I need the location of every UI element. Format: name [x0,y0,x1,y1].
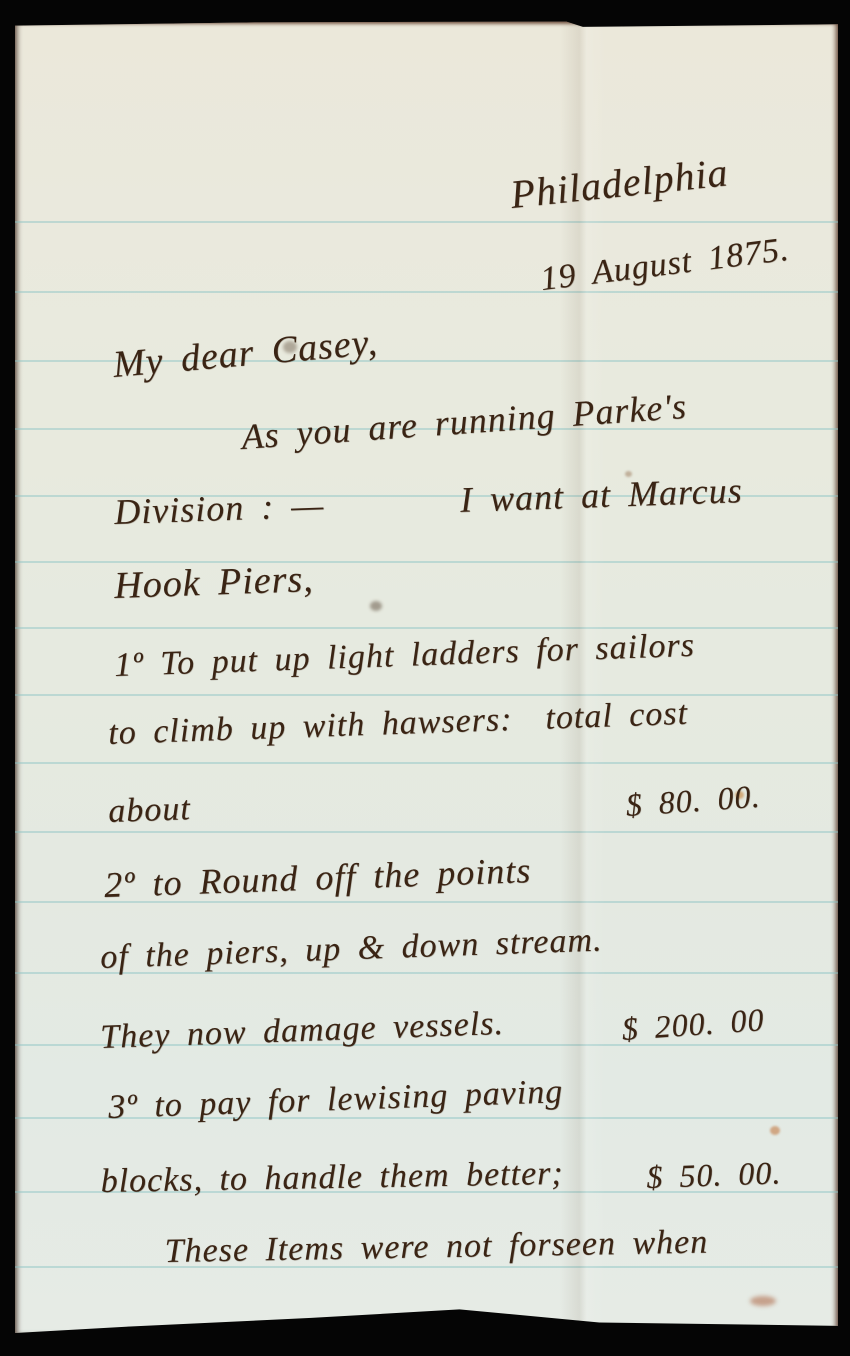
letter-line: They now damage vessels. [100,1005,505,1057]
foxing-spot [770,1126,780,1135]
letter-amount: $ 80. 00. [624,778,761,824]
ruled-line [15,694,838,696]
ruled-line [15,221,838,223]
ruled-line [15,291,838,293]
foxing-spot [750,1296,776,1306]
letter-line: These Items were not forseen when [164,1224,708,1271]
letter-salutation: My dear Casey, [111,320,379,387]
ruled-line [15,762,838,764]
letter-line: As you are running Parke's [240,385,688,458]
ruled-line [15,627,838,629]
letter-line: about [108,790,192,831]
letter-line: Division : — I want at Marcus [114,469,744,533]
letter-line: of the piers, up & down stream. [100,921,603,977]
letter-amount: $ 50. 00. [646,1154,782,1196]
ink-smudge [370,601,382,611]
letter-amount: $ 200. 00 [620,1001,765,1048]
letter-place: Philadelphia [508,148,730,218]
letter-line: 1º To put up light ladders for sailors [114,627,696,685]
letter-line: blocks, to handle them better; [100,1155,564,1201]
fold-crease [560,21,606,1337]
ruled-line [15,831,838,833]
letter-page: Philadelphia 19 August 1875. My dear Cas… [15,21,838,1337]
letter-line: Hook Piers, [113,557,314,608]
photo-background: Philadelphia 19 August 1875. My dear Cas… [0,0,850,1356]
letter-line: 2º to Round off the points [104,849,532,906]
